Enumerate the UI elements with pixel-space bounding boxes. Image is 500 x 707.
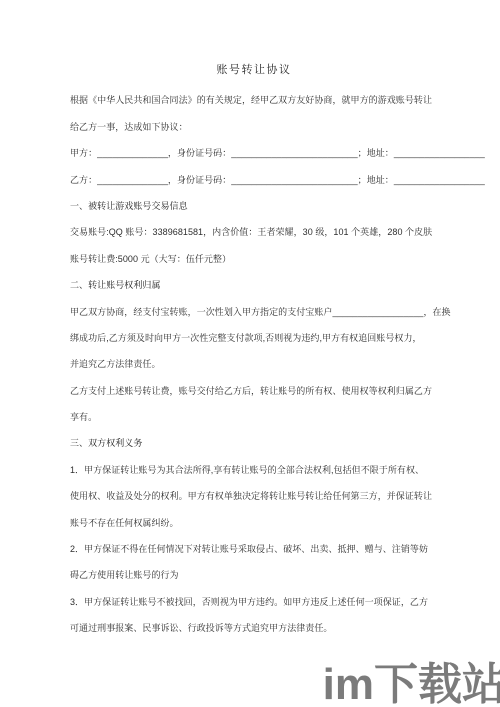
clause-3-line-1: 3．甲方保证转让账号不被找回，否则视为甲方违约。如甲方违反上述任何一项保证，乙方 bbox=[70, 589, 438, 615]
payment-line-2: 绑成功后,乙方须及时向甲方一次性完整支付款项,否则视为违约,甲方有权追回账号权力… bbox=[70, 325, 438, 351]
document-body: 根据《中华人民共和国合同法》的有关规定，经甲乙双方友好协商，就甲方的游戏账号转让… bbox=[70, 87, 438, 641]
clause-3-line-2: 可通过刑事报案、民事诉讼、行政投诉等方式追究甲方法律责任。 bbox=[70, 615, 438, 641]
intro-line-1: 根据《中华人民共和国合同法》的有关规定，经甲乙双方友好协商，就甲方的游戏账号转让 bbox=[70, 87, 438, 113]
site-watermark: im下载站 bbox=[323, 663, 500, 707]
party-b-line: 乙方：______________，身份证号码：________________… bbox=[70, 167, 438, 193]
section-1-heading: 一、被转让游戏账号交易信息 bbox=[70, 193, 438, 219]
transfer-fee-line: 账号转让费:5000 元（大写：伍仟元整） bbox=[70, 246, 438, 272]
party-a-line: 甲方：______________，身份证号码：________________… bbox=[70, 140, 438, 166]
intro-line-2: 给乙方一事，达成如下协议： bbox=[70, 114, 438, 140]
document-content: 账号转让协议 根据《中华人民共和国合同法》的有关规定，经甲乙双方友好协商，就甲方… bbox=[70, 57, 438, 642]
ownership-line-2: 享有。 bbox=[70, 404, 438, 430]
payment-line-1: 甲乙双方协商，经支付宝转账，一次性划入甲方指定的支付宝账户___________… bbox=[70, 299, 438, 325]
section-3-heading: 三、双方权利义务 bbox=[70, 430, 438, 456]
ownership-line-1: 乙方支付上述账号转让费，账号交付给乙方后，转让账号的所有权、使用权等权利归属乙方 bbox=[70, 378, 438, 404]
clause-1-line-2: 使用权、收益及处分的权利。甲方有权单独决定将转让账号转让给任何第三方，并保证转让 bbox=[70, 483, 438, 509]
clause-2-line-2: 碍乙方使用转让账号的行为 bbox=[70, 562, 438, 588]
clause-1-line-3: 账号不存在任何权属纠纷。 bbox=[70, 510, 438, 536]
document-page: 账号转让协议 根据《中华人民共和国合同法》的有关规定，经甲乙双方友好协商，就甲方… bbox=[0, 0, 500, 707]
account-info-line: 交易账号:QQ 账号：3389681581，内含价值：王者荣耀，30 级，101… bbox=[70, 219, 438, 245]
clause-2-line-1: 2．甲方保证不得在任何情况下对转让账号采取侵占、破坏、出卖、抵押、赠与、注销等妨 bbox=[70, 536, 438, 562]
clause-1-line-1: 1．甲方保证转让账号为其合法所得,享有转让账号的全部合法权利,包括但不限于所有权… bbox=[70, 457, 438, 483]
section-2-heading: 二、转让账号权利归属 bbox=[70, 272, 438, 298]
document-title: 账号转让协议 bbox=[70, 57, 438, 83]
payment-line-3: 并追究乙方法律责任。 bbox=[70, 351, 438, 377]
